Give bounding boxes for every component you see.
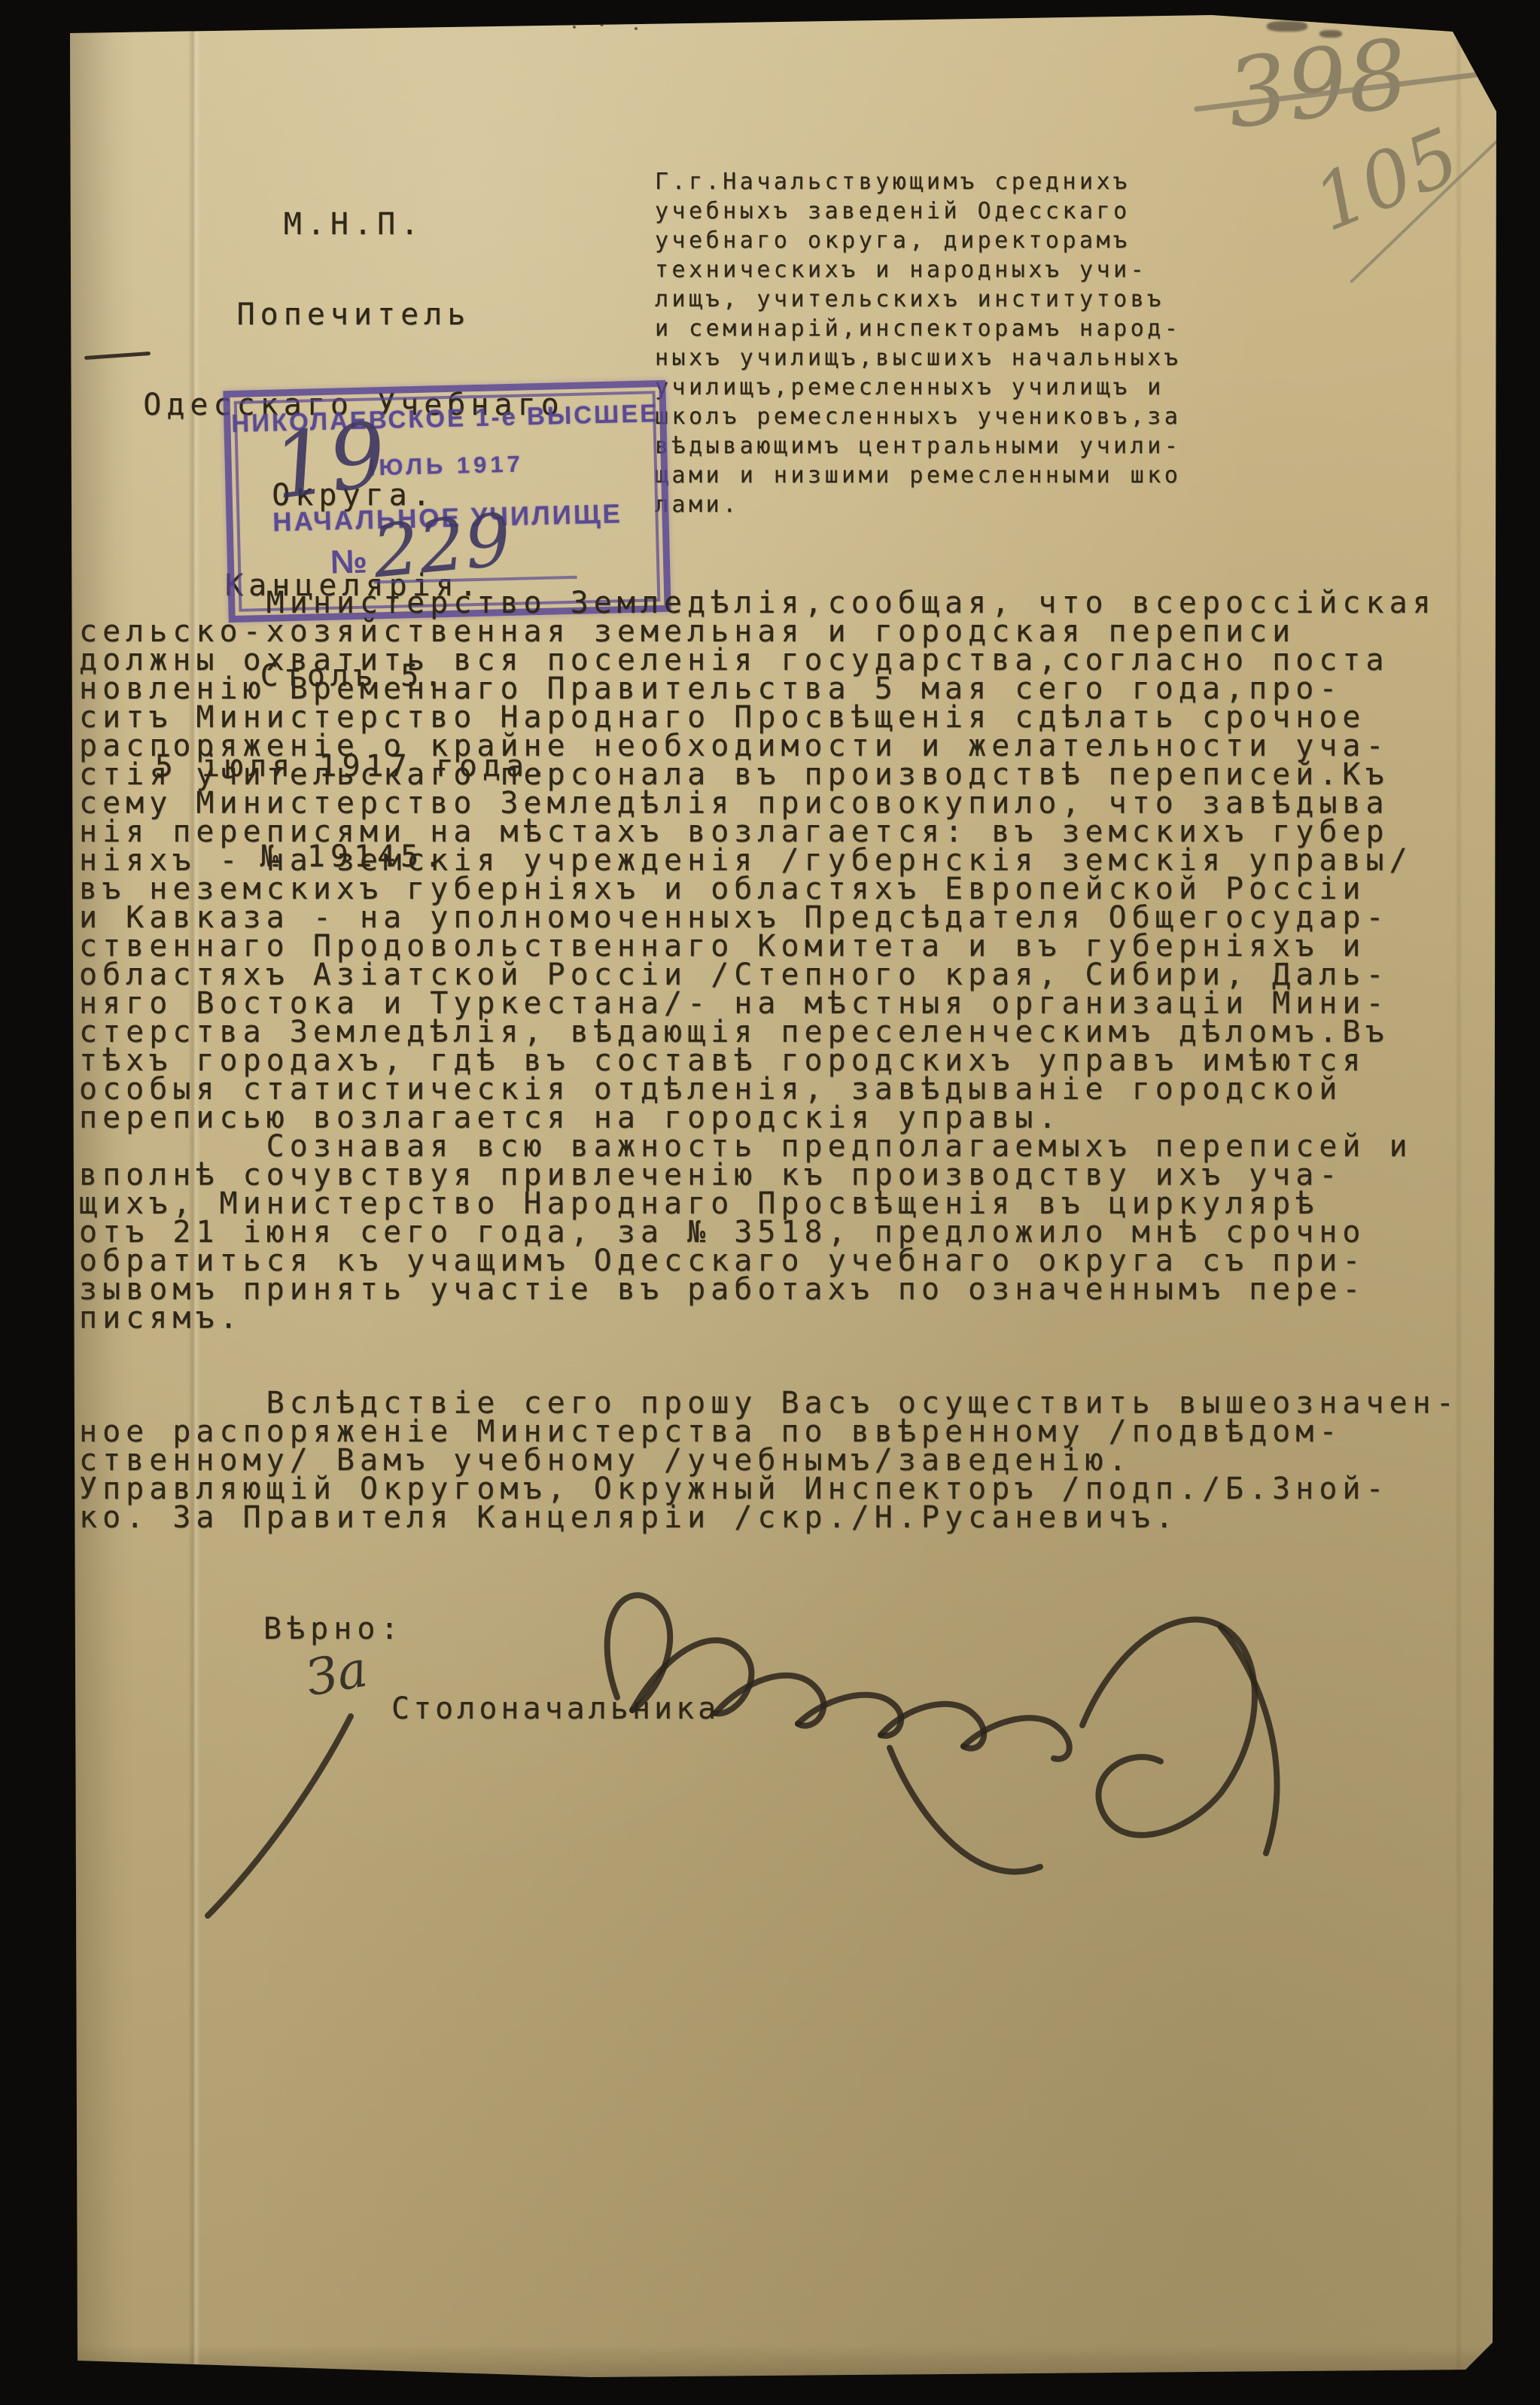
paper-crease-right: [1455, 15, 1462, 2379]
ink-speck: [573, 26, 576, 29]
body-paragraph-1: Министерство Земледѣлія,сообщая, что все…: [79, 589, 1436, 1132]
ink-speck: [600, 23, 604, 26]
stamp-number-label: №: [330, 543, 367, 582]
archive-photo: 398 105 М.Н.П. Попечитель Одесскаго Учеб…: [0, 0, 1540, 2405]
recipient-block: Г.г.Начальствующимъ среднихъ учебныхъ за…: [655, 167, 1181, 519]
ink-speck: [552, 20, 557, 24]
stamp-day-handwritten: 19: [266, 402, 392, 519]
letterhead-ministry-abbrev: М.Н.П.: [113, 209, 595, 239]
letterhead-office: Попечитель: [113, 300, 595, 330]
body-paragraph-3: Вслѣдствіе сего прошу Васъ осуществить в…: [79, 1389, 1459, 1532]
stamp-number-handwritten: 229: [370, 498, 515, 595]
ink-speck: [635, 27, 638, 30]
signature-handwriting: [135, 1536, 1430, 1942]
document-paper: 398 105 М.Н.П. Попечитель Одесскаго Учеб…: [64, 15, 1502, 2379]
paper-edge-shadow-bottom: [64, 2345, 1502, 2379]
body-paragraph-2: Сознавая всю важность предполагаемыхъ пе…: [79, 1132, 1413, 1332]
